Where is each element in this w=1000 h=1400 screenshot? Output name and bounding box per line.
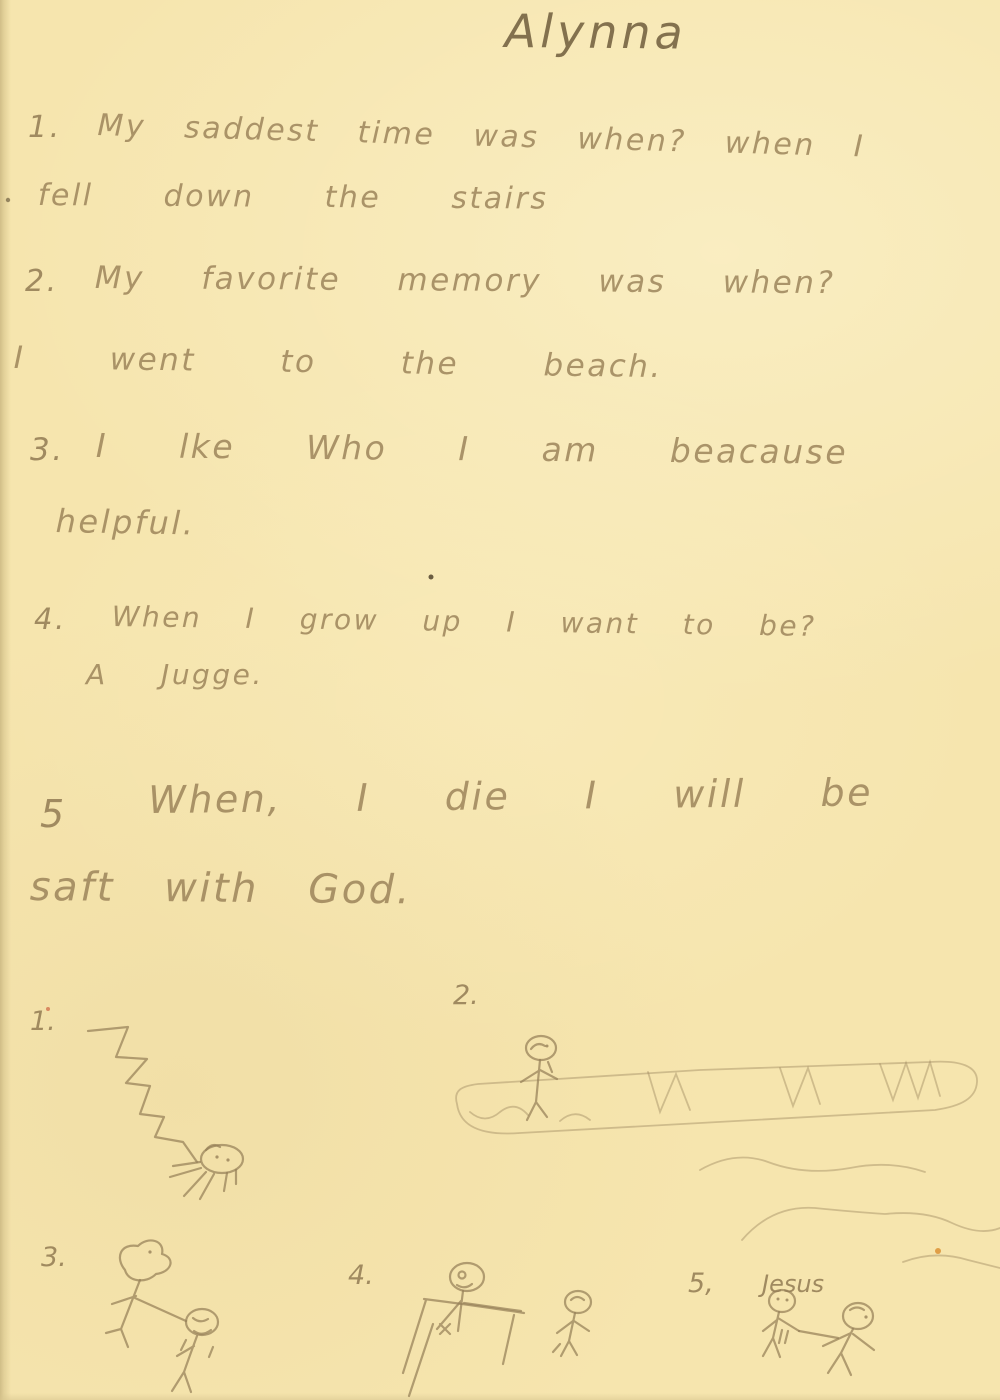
drawing-beach: 2. bbox=[453, 980, 977, 1134]
courtroom-figure-body bbox=[553, 1313, 589, 1356]
drawing-3-number: 3. bbox=[41, 1242, 67, 1273]
big-figure-body bbox=[106, 1280, 186, 1347]
drawing-with-god: 5, Jesus bbox=[688, 1158, 1000, 1376]
small-figure-body bbox=[172, 1336, 213, 1392]
courtroom-figure-head bbox=[565, 1291, 591, 1313]
pencil-drawings-layer: 1. 2. 3. 4. 5, bbox=[0, 0, 1000, 1400]
drawing-falling-down-stairs: 1. bbox=[30, 1006, 243, 1199]
heaven-waves bbox=[700, 1158, 1000, 1269]
beach-figure-body bbox=[521, 1060, 557, 1120]
paper-speck bbox=[6, 198, 10, 202]
fallen-figure-eye bbox=[226, 1158, 229, 1161]
judge-bench bbox=[403, 1299, 524, 1396]
jesus-figure-brow bbox=[850, 1308, 864, 1311]
paper-speck bbox=[935, 1248, 941, 1254]
fallen-figure-limbs bbox=[170, 1162, 236, 1199]
big-figure-eye bbox=[148, 1250, 151, 1253]
judge-nose bbox=[459, 1272, 466, 1279]
drawing-helping-figures: 3. bbox=[41, 1240, 218, 1392]
fallen-figure-eye bbox=[215, 1155, 218, 1158]
courtroom-figure-face bbox=[571, 1297, 584, 1300]
big-figure-head bbox=[120, 1240, 171, 1280]
small-figure-face bbox=[193, 1318, 211, 1334]
drawing-1-number: 1. bbox=[30, 1006, 56, 1037]
drawing-2-number: 2. bbox=[453, 980, 479, 1011]
child-figure-body bbox=[763, 1312, 799, 1357]
jesus-figure-eye bbox=[864, 1315, 867, 1318]
drawing-judge: 4. bbox=[348, 1260, 591, 1396]
judge-mouth bbox=[457, 1284, 472, 1287]
beach-figure-eye bbox=[546, 1045, 549, 1048]
beach-figure-face bbox=[531, 1044, 545, 1049]
holding-hands-line bbox=[799, 1331, 838, 1338]
drawing-4-number: 4. bbox=[348, 1260, 374, 1291]
child-figure-eye bbox=[777, 1298, 780, 1301]
judge-body bbox=[437, 1291, 521, 1334]
paper-speck bbox=[429, 575, 434, 580]
child-figure-eye bbox=[786, 1299, 789, 1302]
drawing-5-number: 5, bbox=[688, 1268, 714, 1299]
stairs-zigzag bbox=[88, 1027, 197, 1162]
